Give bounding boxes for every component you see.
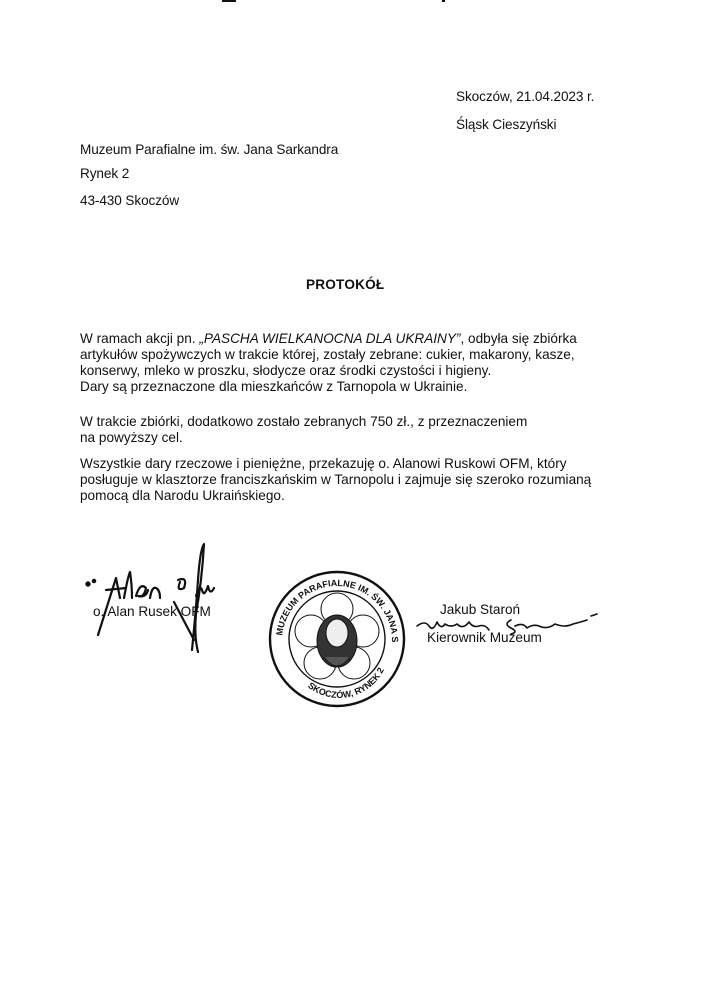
- line-rest: , odbyła się zbiórka: [460, 331, 576, 346]
- paragraph-money-collected: W trakcie zbiórki, dodatkowo zostało zeb…: [80, 414, 640, 446]
- region: Śląsk Cieszyński: [456, 117, 556, 133]
- handwritten-signature-left: [80, 540, 230, 660]
- action-name: „PASCHA WIELKANOCNA DLA UKRAINY”: [199, 331, 460, 346]
- paragraph-line: artykułów spożywczych w trakcie której, …: [80, 347, 640, 363]
- paragraph-line: na powyższy cel.: [80, 430, 640, 446]
- paragraph-line: konserwy, mleko w proszku, słodycze oraz…: [80, 363, 640, 379]
- paragraph-collection-description: W ramach akcji pn. „PASCHA WIELKANOCNA D…: [80, 331, 640, 395]
- document-title: PROTOKÓŁ: [306, 277, 384, 292]
- lead-text: W ramach akcji pn.: [80, 331, 199, 346]
- signatory-right-role: Kierownik Muzeum: [427, 630, 542, 645]
- paragraph-line: posługuje w klasztorze franciszkańskim w…: [80, 472, 640, 488]
- recipient-street: Rynek 2: [80, 166, 129, 182]
- document-page: Skoczów, 21.04.2023 r. Śląsk Cieszyński …: [0, 0, 707, 1000]
- recipient-name: Muzeum Parafialne im. św. Jana Sarkandra: [80, 142, 338, 158]
- paragraph-line: W ramach akcji pn. „PASCHA WIELKANOCNA D…: [80, 331, 640, 347]
- paragraph-line: Dary są przeznaczone dla mieszkańców z T…: [80, 379, 640, 395]
- museum-seal-stamp: MUZEUM PARAFIALNE IM. ŚW. JANA SARKANDRA…: [262, 565, 412, 710]
- paragraph-handover: Wszystkie dary rzeczowe i pieniężne, prz…: [80, 456, 640, 504]
- recipient-postal-city: 43-430 Skoczów: [80, 193, 179, 209]
- place-and-date: Skoczów, 21.04.2023 r.: [456, 89, 594, 105]
- paragraph-line: W trakcie zbiórki, dodatkowo zostało zeb…: [80, 414, 640, 430]
- scan-artifact-mark: [222, 0, 236, 2]
- paragraph-line: Wszystkie dary rzeczowe i pieniężne, prz…: [80, 456, 640, 472]
- signatory-left-name: o. Alan Rusek OFM: [93, 604, 211, 619]
- paragraph-line: pomocą dla Narodu Ukraińskiego.: [80, 488, 640, 504]
- scan-artifact-mark: [442, 0, 445, 2]
